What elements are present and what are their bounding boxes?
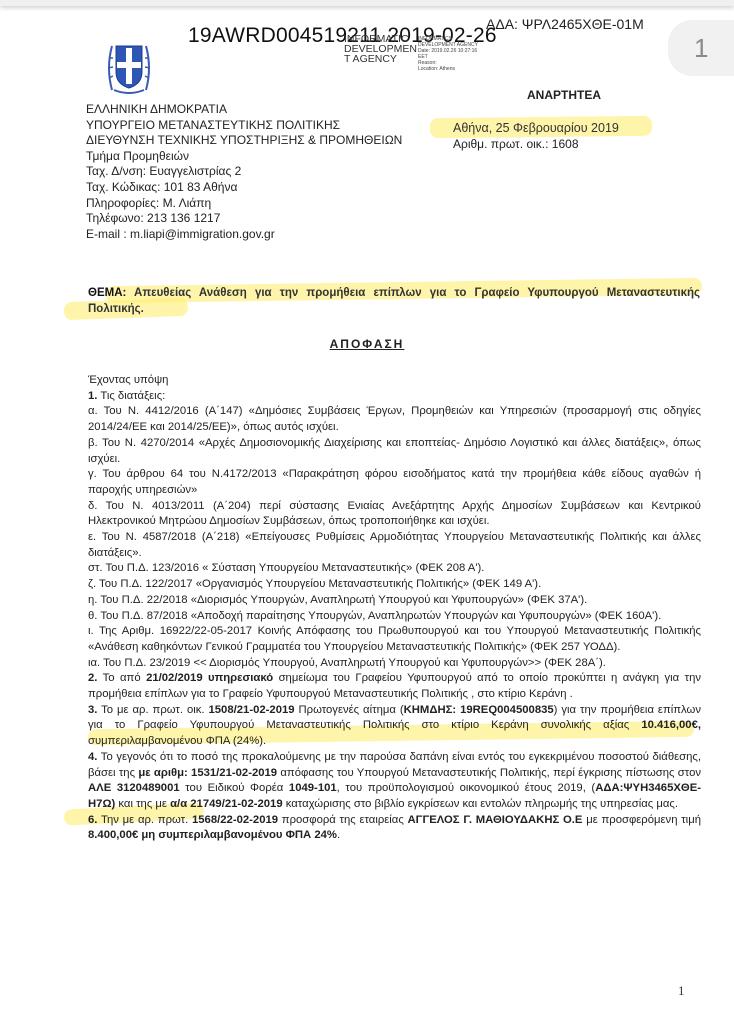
contact-row: Ταχ. Κώδικας: 101 83 Αθήνα bbox=[86, 180, 402, 196]
provision-item: θ. Του Π.Δ. 87/2018 «Αποδοχή παραίτησης … bbox=[88, 609, 701, 625]
header-line: Τμήμα Προμηθειών bbox=[86, 149, 402, 165]
item-4: 4. Το γεγονός ότι το ποσό της προκαλούμε… bbox=[88, 750, 701, 813]
contact-row: E-mail : m.liapi@immigration.gov.gr bbox=[86, 227, 402, 243]
ada-code: ΑΔΑ: ΨΡΛ2465ΧΘΕ-01Μ bbox=[486, 16, 644, 32]
contact-row: Τηλέφωνο: 213 136 1217 bbox=[86, 211, 402, 227]
provision-item: ζ. Του Π.Δ. 122/2017 «Οργανισμός Υπουργε… bbox=[88, 577, 701, 593]
decision-title: ΑΠΟΦΑΣΗ bbox=[0, 337, 734, 351]
provision-item: ια. Του Π.Δ. 23/2019 << Διορισμός Υπουργ… bbox=[88, 656, 701, 672]
subject-label: ΘΕΜΑ: bbox=[88, 287, 126, 299]
item-1: 1. Τις διατάξεις: bbox=[88, 389, 701, 405]
provision-item: β. Του Ν. 4270/2014 «Αρχές Δημοσιονομική… bbox=[88, 436, 701, 467]
subject-line: ΘΕΜΑ: Απευθείας Ανάθεση για την προμήθει… bbox=[88, 286, 700, 317]
document-date: Αθήνα, 25 Φεβρουαρίου 2019 bbox=[453, 121, 619, 135]
provision-item: δ. Του Ν. 4013/2011 (Α΄204) περί σύσταση… bbox=[88, 499, 701, 530]
header-line: ΥΠΟΥΡΓΕΙΟ ΜΕΤΑΝΑΣΤΕΥΤΙΚΗΣ ΠΟΛΙΤΙΚΗΣ bbox=[86, 118, 402, 134]
protocol-number: Αριθμ. πρωτ. οικ.: 1608 bbox=[453, 137, 579, 151]
posting-label: ΑΝΑΡΤΗΤΕΑ bbox=[527, 88, 601, 102]
provision-item: ε. Του Ν. 4587/2018 (Α΄218) «Επείγουσες … bbox=[88, 530, 701, 561]
viewer-top-bar bbox=[0, 0, 734, 6]
provision-item: α. Του Ν. 4412/2016 (Α΄147) «Δημόσιες Συ… bbox=[88, 404, 701, 435]
header-line: ΔΙΕΥΘΥΝΣΗ ΤΕΧΝΙΚΗΣ ΥΠΟΣΤΗΡΙΞΗΣ & ΠΡΟΜΗΘΕ… bbox=[86, 133, 402, 149]
provision-item: στ. Του Π.Δ. 123/2016 « Σύσταση Υπουργεί… bbox=[88, 561, 701, 577]
header-line: ΕΛΛΗΝΙΚΗ ΔΗΜΟΚΡΑΤΙΑ bbox=[86, 102, 402, 118]
digital-signature-details: INFORMATICS DEVELOPMENT AGENCY Date: 201… bbox=[418, 36, 478, 72]
contact-row: Ταχ. Δ/νση: Ευαγγελιστρίας 2 bbox=[86, 164, 402, 180]
provision-item: η. Του Π.Δ. 22/2018 «Διορισμός Υπουργών,… bbox=[88, 593, 701, 609]
digital-signature-name: INFORMATIC DEVELOPMEN T AGENCY bbox=[344, 34, 417, 64]
page-indicator-number: 1 bbox=[694, 33, 708, 64]
document-body: Έχοντας υπόψη 1. Τις διατάξεις: α. Του Ν… bbox=[88, 373, 701, 844]
intro-line: Έχοντας υπόψη bbox=[88, 373, 701, 389]
subject-text: Απευθείας Ανάθεση για την προμήθεια επίπ… bbox=[88, 287, 700, 315]
page-number: 1 bbox=[678, 983, 685, 999]
item-3: 3. Το με αρ. πρωτ. οικ. 1508/21-02-2019 … bbox=[88, 703, 701, 750]
page-indicator: 1 bbox=[668, 20, 734, 76]
issuing-authority-block: ΕΛΛΗΝΙΚΗ ΔΗΜΟΚΡΑΤΙΑ ΥΠΟΥΡΓΕΙΟ ΜΕΤΑΝΑΣΤΕΥ… bbox=[86, 102, 402, 242]
provision-item: γ. Του άρθρου 64 του Ν.4172/2013 «Παρακρ… bbox=[88, 467, 701, 498]
contact-row: Πληροφορίες: Μ. Λιάπη bbox=[86, 196, 402, 212]
greek-coat-of-arms-icon bbox=[104, 38, 154, 94]
provision-item: ι. Της Αριθμ. 16922/22-05-2017 Κοινής Απ… bbox=[88, 624, 701, 655]
item-6: 6. Την με αρ. πρωτ. 1568/22-02-2019 προσ… bbox=[88, 813, 701, 844]
item-2: 2. Το από 21/02/2019 υπηρεσιακό σημείωμα… bbox=[88, 671, 701, 702]
